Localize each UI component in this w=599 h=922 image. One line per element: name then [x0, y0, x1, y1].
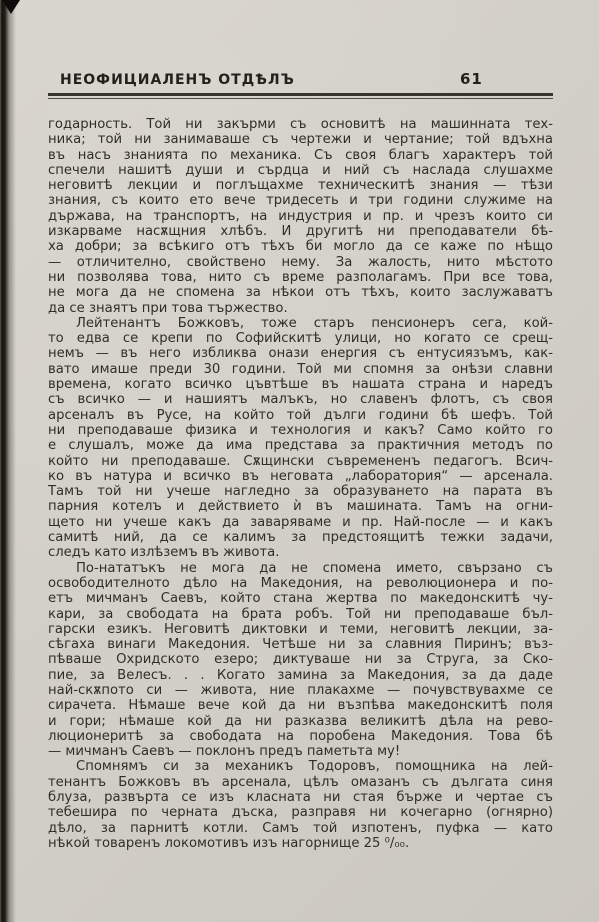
text-line: сирачета. Нѣмаше вече кой да ни възпѣва …	[48, 698, 553, 713]
text-line: Тамъ той ни учеше нагледно за образуване…	[48, 484, 553, 499]
text-line: Лейтенантъ Божковъ, тоже старъ пенсионер…	[48, 316, 553, 331]
text-line: самитѣ ний, да се калимъ за предстоящитѣ…	[48, 530, 553, 545]
text-line: люционеритѣ за свободата на поробена Мак…	[48, 729, 553, 744]
text-line: вато имаше преди 30 години. Той ми спомн…	[48, 362, 553, 377]
text-line: тенантъ Божковъ въ арсенала, цѣлъ омазан…	[48, 775, 553, 790]
text-line: — мичманъ Саевъ — поклонъ предъ паметьта…	[48, 744, 553, 759]
text-line: немъ — въ него избликва онази енергия съ…	[48, 346, 553, 361]
text-line: годарность. Той ни закърми съ основитѣ н…	[48, 117, 553, 132]
text-line: — отличително, свойствено нему. За жалос…	[48, 255, 553, 270]
text-line: освободителното дѣло на Македония, на ре…	[48, 576, 553, 591]
text-line: изкарваме насѫщния хлѣбъ. И другитѣ ни п…	[48, 224, 553, 239]
body-text: годарность. Той ни закърми съ основитѣ н…	[48, 117, 553, 851]
text-line: времена, когато всичко цъвтѣше въ нашата…	[48, 377, 553, 392]
text-line: не мога да не спомена за нѣкои отъ тѣхъ,…	[48, 285, 553, 300]
scan-corner-mark	[2, 0, 20, 14]
text-line: да се знаятъ при това тържество.	[48, 301, 553, 316]
text-line: гарски езикъ. Неговитѣ диктовки и теми, …	[48, 622, 553, 637]
text-line: По-нататъкъ не мога да не спомена името,…	[48, 561, 553, 576]
page-gutter-shadow	[0, 0, 16, 922]
text-line: следъ като излѣземъ въ живота.	[48, 545, 553, 560]
text-line: ника; той ни занимаваше съ чертежи и чер…	[48, 132, 553, 147]
text-line: кари, за свободата на брата робъ. Той ни…	[48, 607, 553, 622]
text-line: етъ мичманъ Саевъ, който стана жертва по…	[48, 591, 553, 606]
text-line: знания, съ които ето вече тридесеть и тр…	[48, 193, 553, 208]
text-line: който ни преподаваше. Сѫщински съвремене…	[48, 454, 553, 469]
text-line: ха добри; за всѣкиго отъ тѣхъ би могло д…	[48, 239, 553, 254]
text-line: Спомнямъ си за механикъ Тодоровъ, помощн…	[48, 759, 553, 774]
text-line: пѣваше Охридското езеро; диктуваше ни за…	[48, 652, 553, 667]
text-line: парния котелъ и действието ѝ въ машината…	[48, 499, 553, 514]
text-line: арсеналъ въ Русе, на който той дълги год…	[48, 408, 553, 423]
page-content: НЕОФИЦИАЛЕНЪ ОТДѢЛЪ 61 годарность. Той н…	[48, 70, 553, 851]
text-line: ни позволява това, нито съ време разпола…	[48, 270, 553, 285]
text-line: и гори; нѣмаше кой да ни разказва велики…	[48, 714, 553, 729]
text-line: тебешира по черната дъска, разправя ни к…	[48, 805, 553, 820]
text-line: дѣло, за парнитѣ котли. Самъ той изпотен…	[48, 821, 553, 836]
text-line: е слушалъ, може да има представа за прак…	[48, 438, 553, 453]
section-title: НЕОФИЦИАЛЕНЪ ОТДѢЛЪ	[60, 72, 295, 88]
text-line: пие, за Велесъ. . . Когато замина за Мак…	[48, 668, 553, 683]
header-rule-thick	[48, 93, 553, 96]
text-line: блуза, развърта се изъ класната ни стая …	[48, 790, 553, 805]
header-rule	[48, 93, 553, 99]
text-line: съ всичко — и нашиятъ малъкъ, но славенъ…	[48, 392, 553, 407]
text-line: най-скѫпото си — живота, ние плакахме — …	[48, 683, 553, 698]
running-header: НЕОФИЦИАЛЕНЪ ОТДѢЛЪ 61	[48, 70, 553, 93]
scanned-page: НЕОФИЦИАЛЕНЪ ОТДѢЛЪ 61 годарность. Той н…	[0, 0, 599, 922]
text-line: ко въ натура и всичко въ неговата „лабор…	[48, 469, 553, 484]
text-line: сѣгаха винаги Македония. Четѣше ни за сл…	[48, 637, 553, 652]
text-line: неговитѣ лекции и поглъщахме техническит…	[48, 178, 553, 193]
text-line: държава, на транспортъ, на индустрия и п…	[48, 209, 553, 224]
text-line: спечели нашитѣ души и сърдца и ний съ на…	[48, 163, 553, 178]
text-line: то едва се крепи по Софийскитѣ улици, но…	[48, 331, 553, 346]
text-line: нѣкой товаренъ локомотивъ изъ нагорнище …	[48, 836, 553, 851]
text-line: ни преподаваше физика и технология и как…	[48, 423, 553, 438]
page-number: 61	[460, 70, 483, 88]
text-line: щето ни учеше какъ да заваряваме и пр. Н…	[48, 515, 553, 530]
text-line: въ насъ знанията по механика. Съ своя бл…	[48, 148, 553, 163]
header-rule-thin	[48, 98, 553, 99]
